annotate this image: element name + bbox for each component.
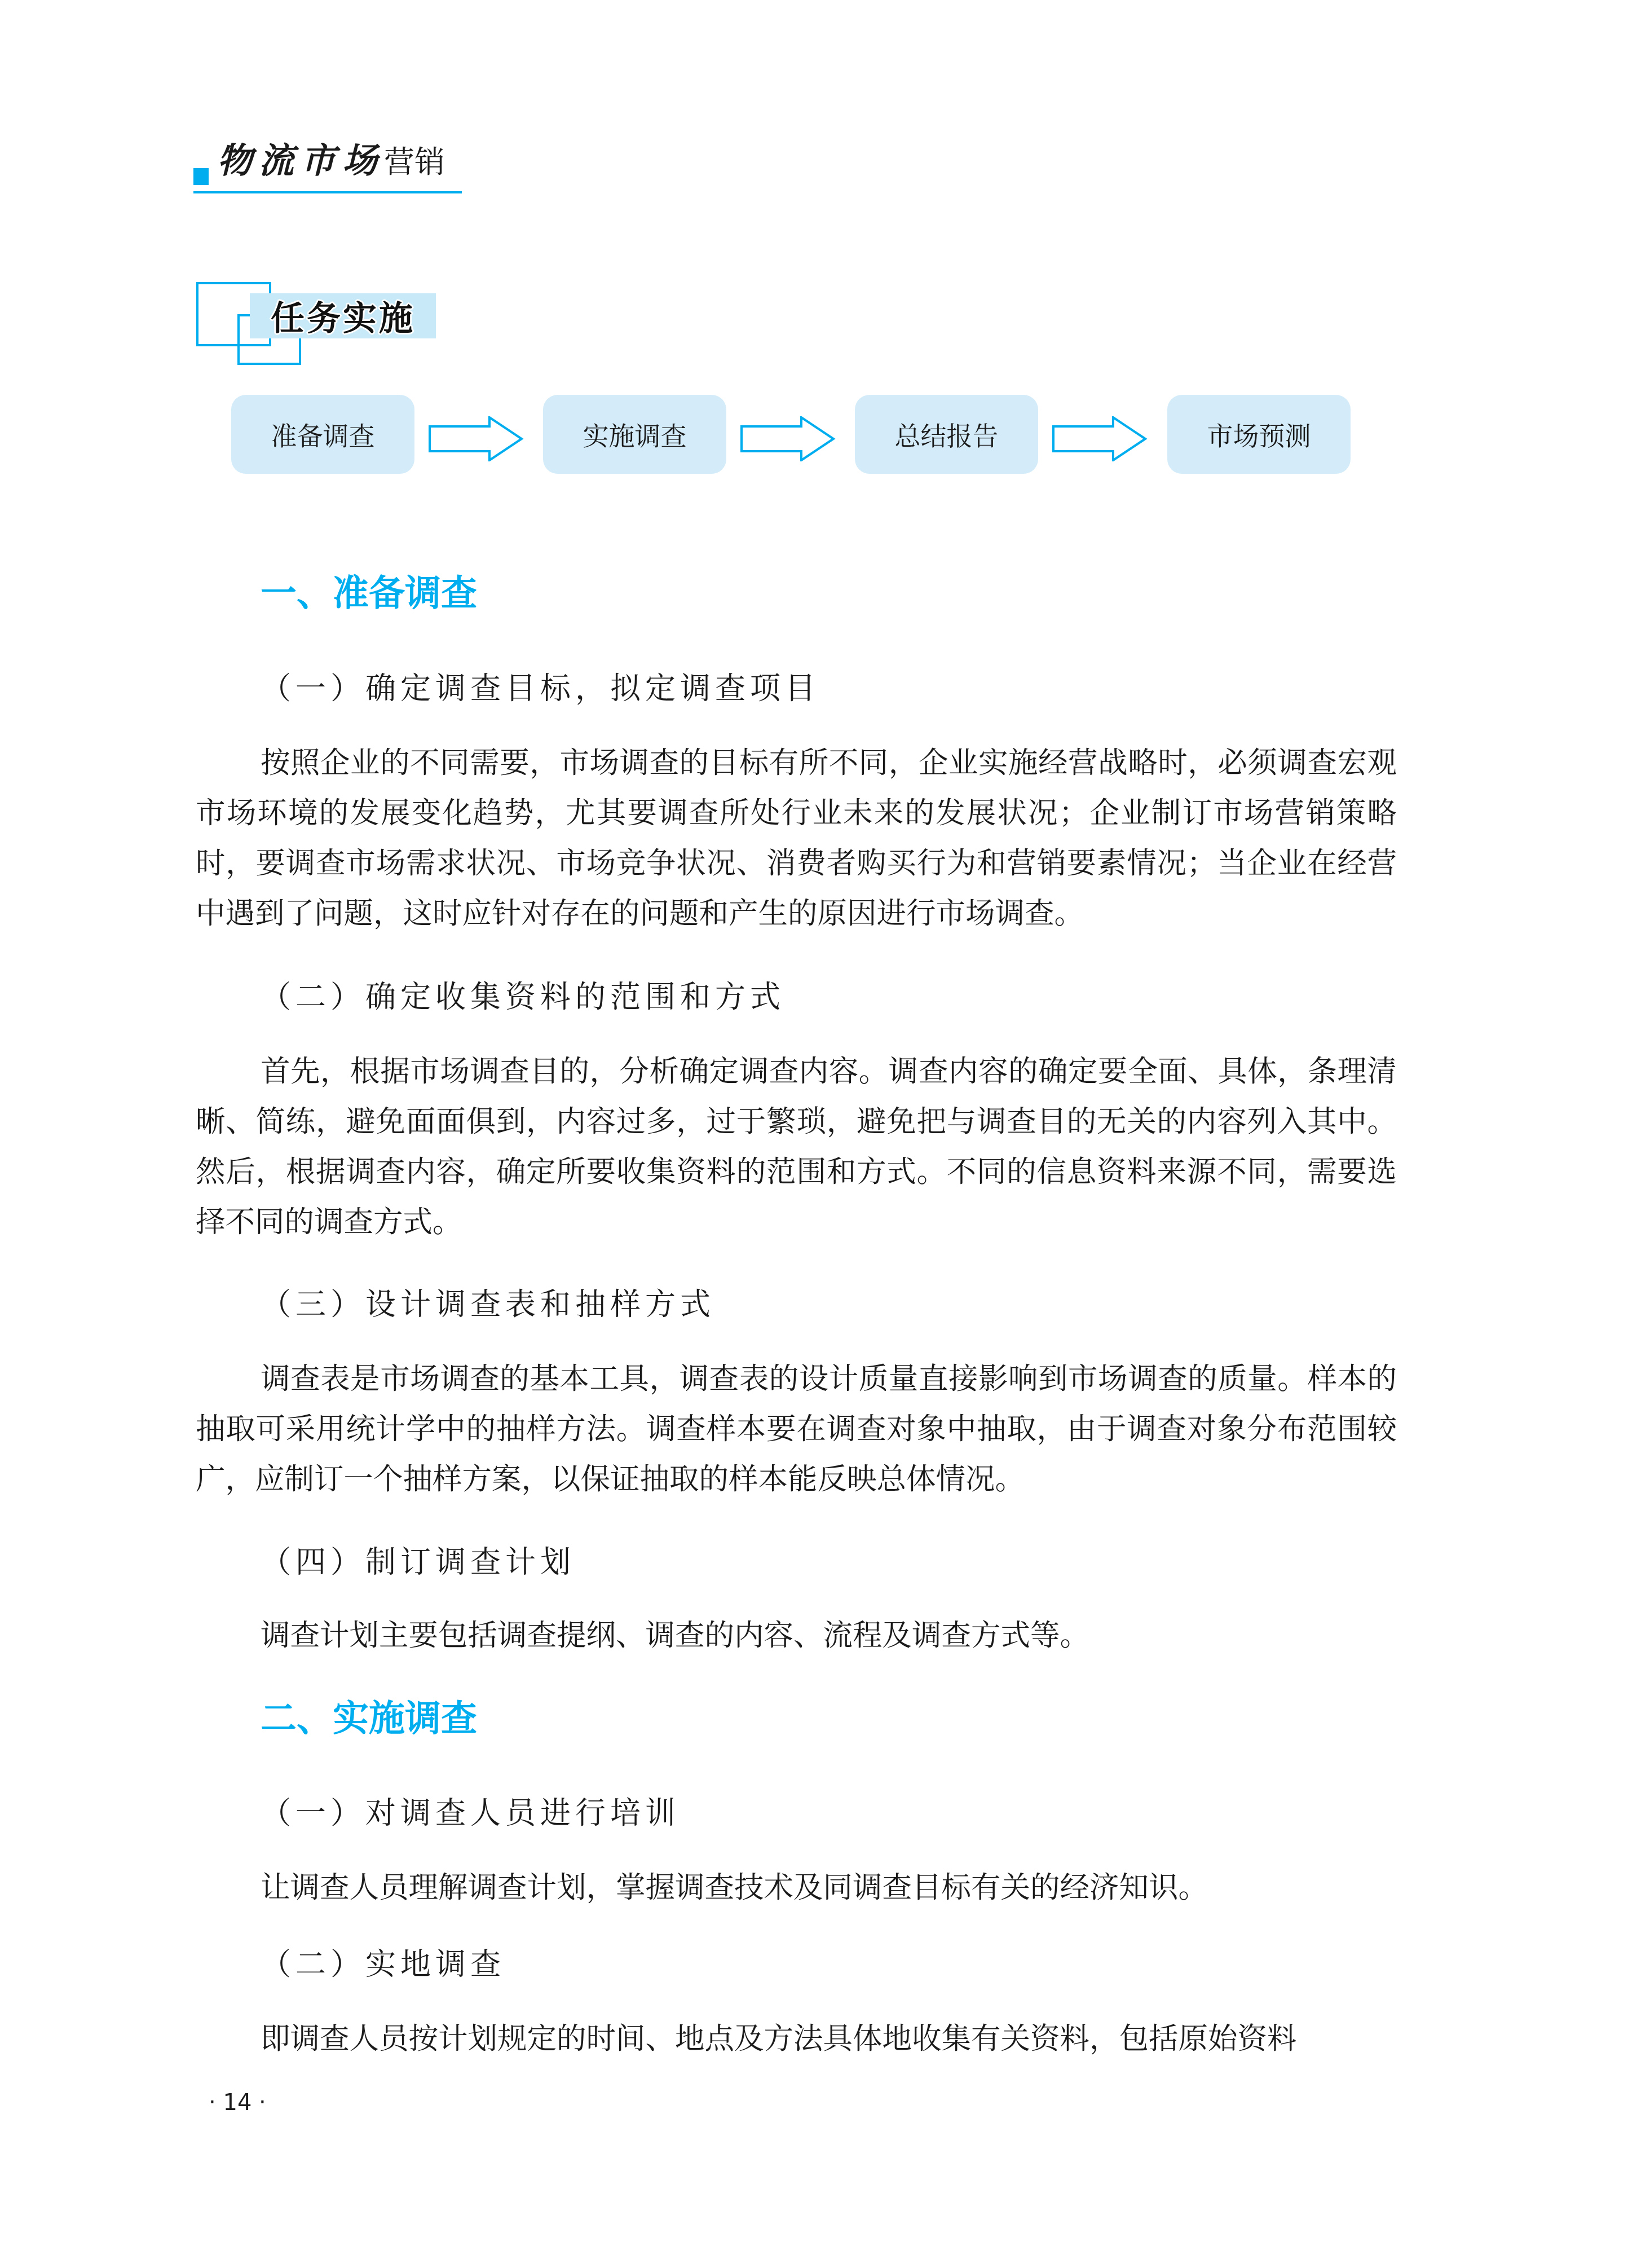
flow-step-report: 总结报告 [855,395,1038,474]
paragraph: 调查表是市场调查的基本工具，调查表的设计质量直接影响到市场调查的质量。样本的抽取… [196,1354,1397,1504]
paragraph: 即调查人员按计划规定的时间、地点及方法具体地收集有关资料，包括原始资料 [196,2014,1397,2064]
paragraph: 按照企业的不同需要，市场调查的目标有所不同，企业实施经营战略时，必须调查宏观市场… [196,738,1397,939]
flow-step-prepare: 准备调查 [231,395,414,474]
right-arrow-icon [740,416,836,461]
header-accent-square [193,168,209,185]
section-heading: 二、实施调查 [261,1689,477,1741]
book-title-plain: 营销 [384,144,445,180]
book-title-calligraphy: 物流市场 [217,140,384,181]
paragraph: 调查计划主要包括调查提纲、调查的内容、流程及调查方式等。 [196,1610,1397,1661]
subsection-heading: （四）制订调查计划 [261,1538,575,1582]
subsection-heading: （一）对调查人员进行培训 [261,1789,680,1833]
subsection-heading: （二）实地调查 [261,1940,505,1984]
book-title: 物流市场营销 [217,133,445,183]
flow-step-forecast: 市场预测 [1167,395,1351,474]
task-implementation-badge: 任务实施 [196,282,439,367]
subsection-heading: （一）确定调查目标，拟定调查项目 [261,664,820,708]
header-underline [193,191,462,193]
page-number: · 14 · [209,2090,266,2116]
subsection-heading: （三）设计调查表和抽样方式 [261,1280,715,1324]
right-arrow-icon [1052,416,1148,461]
section-heading: 一、准备调查 [261,564,477,616]
badge-label: 任务实施 [250,293,436,338]
paragraph: 让调查人员理解调查计划，掌握调查技术及同调查目标有关的经济知识。 [196,1862,1397,1913]
flow-step-implement: 实施调查 [543,395,726,474]
right-arrow-icon [429,416,524,461]
subsection-heading: （二）确定收集资料的范围和方式 [261,973,785,1016]
paragraph: 首先，根据市场调查目的，分析确定调查内容。调查内容的确定要全面、具体，条理清晰、… [196,1046,1397,1247]
running-header: 物流市场营销 [193,121,464,178]
